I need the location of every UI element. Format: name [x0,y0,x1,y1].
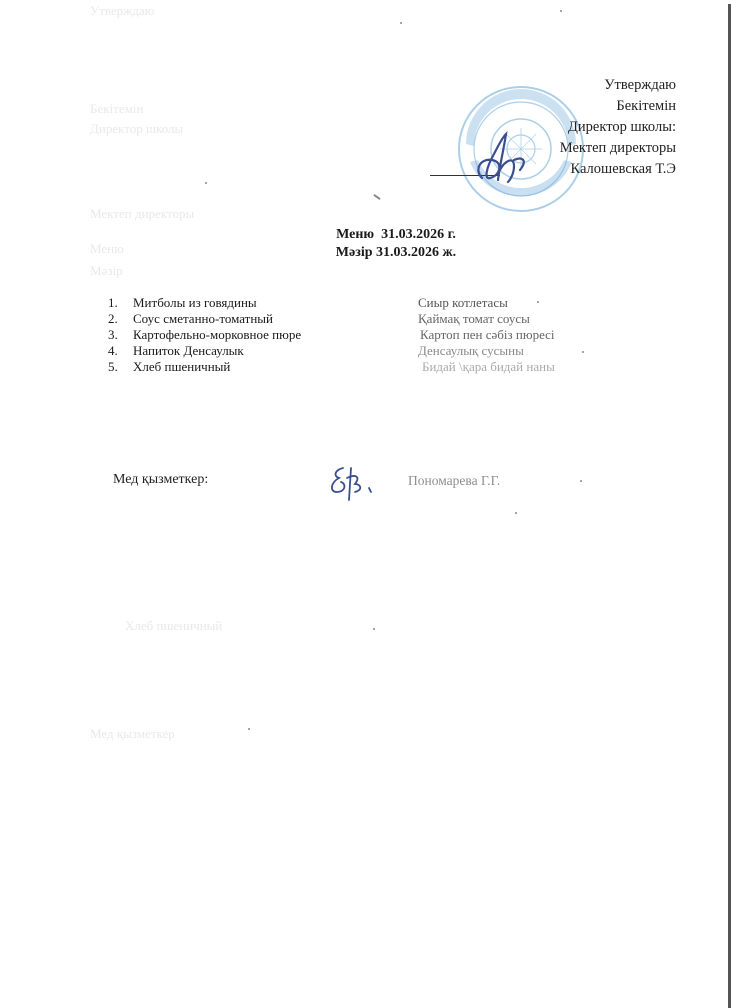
menu-item-kz: Қаймақ томат соусы [418,311,555,327]
menu-item-number: 3. [108,327,133,343]
menu-item-number: 4. [108,343,133,359]
menu-item-text: Картофельно-морковное пюре [133,327,301,343]
menu-item: 4.Напиток Денсаулык [108,343,301,359]
menu-item: 3.Картофельно-морковное пюре [108,327,301,343]
scan-speck [248,728,250,730]
approval-line: Мектеп директоры [560,138,676,159]
approval-line: Калошевская Т.Э [560,159,676,180]
document-title: Меню 31.03.2026 г. Мәзір 31.03.2026 ж. [0,226,732,262]
ghost-text: Директор школы [90,120,183,137]
ghost-text: Хлеб пшеничный [125,617,222,634]
scan-speck [515,512,517,514]
scan-speck [582,351,584,353]
med-staff-label: Мед қызметкер: [113,472,208,488]
menu-item-number: 2. [108,311,133,327]
menu-item-text: Митболы из говядины [133,295,257,311]
title-ru: Меню 31.03.2026 г. [60,226,732,244]
menu-list-kz: Сиыр котлетасы Қаймақ томат соусы Картоп… [418,295,555,375]
menu-item-text: Соус сметанно-томатный [133,311,273,327]
page-edge-border [728,4,731,1008]
scan-speck [205,182,207,184]
menu-item-number: 5. [108,359,133,375]
menu-item-number: 1. [108,295,133,311]
menu-item-text: Хлеб пшеничный [133,359,230,375]
scan-speck [373,194,381,200]
med-staff-name: Пономарева Г.Г. [408,473,500,489]
menu-item-kz: Картоп пен сәбіз пюресі [418,327,555,343]
ghost-text: Мед қызметкер [90,725,175,742]
menu-list-ru: 1.Митболы из говядины 2.Соус сметанно-то… [108,295,301,375]
approval-block: Утверждаю Бекітемін Директор школы: Мект… [560,75,676,180]
menu-item-text: Напиток Денсаулык [133,343,244,359]
scan-speck [400,22,402,24]
menu-item: 1.Митболы из говядины [108,295,301,311]
menu-item: 2.Соус сметанно-томатный [108,311,301,327]
ghost-text: Мектеп директоры [90,205,194,222]
scan-speck [560,10,562,12]
ghost-text: Мәзір [90,262,123,279]
scan-speck [373,628,375,630]
ghost-text: Бекітемін [90,100,143,117]
menu-item-kz: Сиыр котлетасы [418,295,555,311]
menu-item: 5.Хлеб пшеничный [108,359,301,375]
scan-speck [580,480,582,482]
scan-speck [537,301,539,303]
menu-item-kz: Бидай \қара бидай наны [418,359,555,375]
approval-line: Утверждаю [560,75,676,96]
title-kz: Мәзір 31.03.2026 ж. [60,244,732,262]
director-signature-icon [470,130,540,190]
approval-line: Бекітемін [560,96,676,117]
menu-item-kz: Денсаулық сусыны [418,343,555,359]
med-staff-signature-icon [325,462,385,502]
approval-line: Директор школы: [560,117,676,138]
ghost-text: Утверждаю [90,2,154,19]
